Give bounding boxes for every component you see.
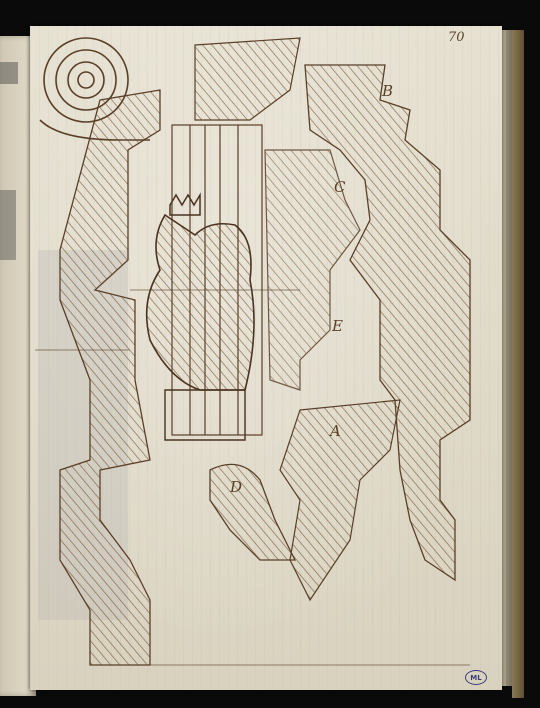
crown-icon xyxy=(170,195,200,215)
label-D: D xyxy=(229,478,242,496)
label-E: E xyxy=(331,317,343,335)
folio-number: 70 xyxy=(448,30,465,45)
label-C: C xyxy=(334,178,346,196)
upper-cornice-profile xyxy=(195,38,300,120)
profile-D xyxy=(210,464,295,560)
ink-drawing: B C E A D xyxy=(0,0,540,708)
left-page-sketch xyxy=(0,62,18,260)
label-B: B xyxy=(381,82,393,100)
collection-stamp: ML xyxy=(465,670,487,685)
label-A: A xyxy=(328,422,341,440)
profile-C xyxy=(265,150,360,390)
